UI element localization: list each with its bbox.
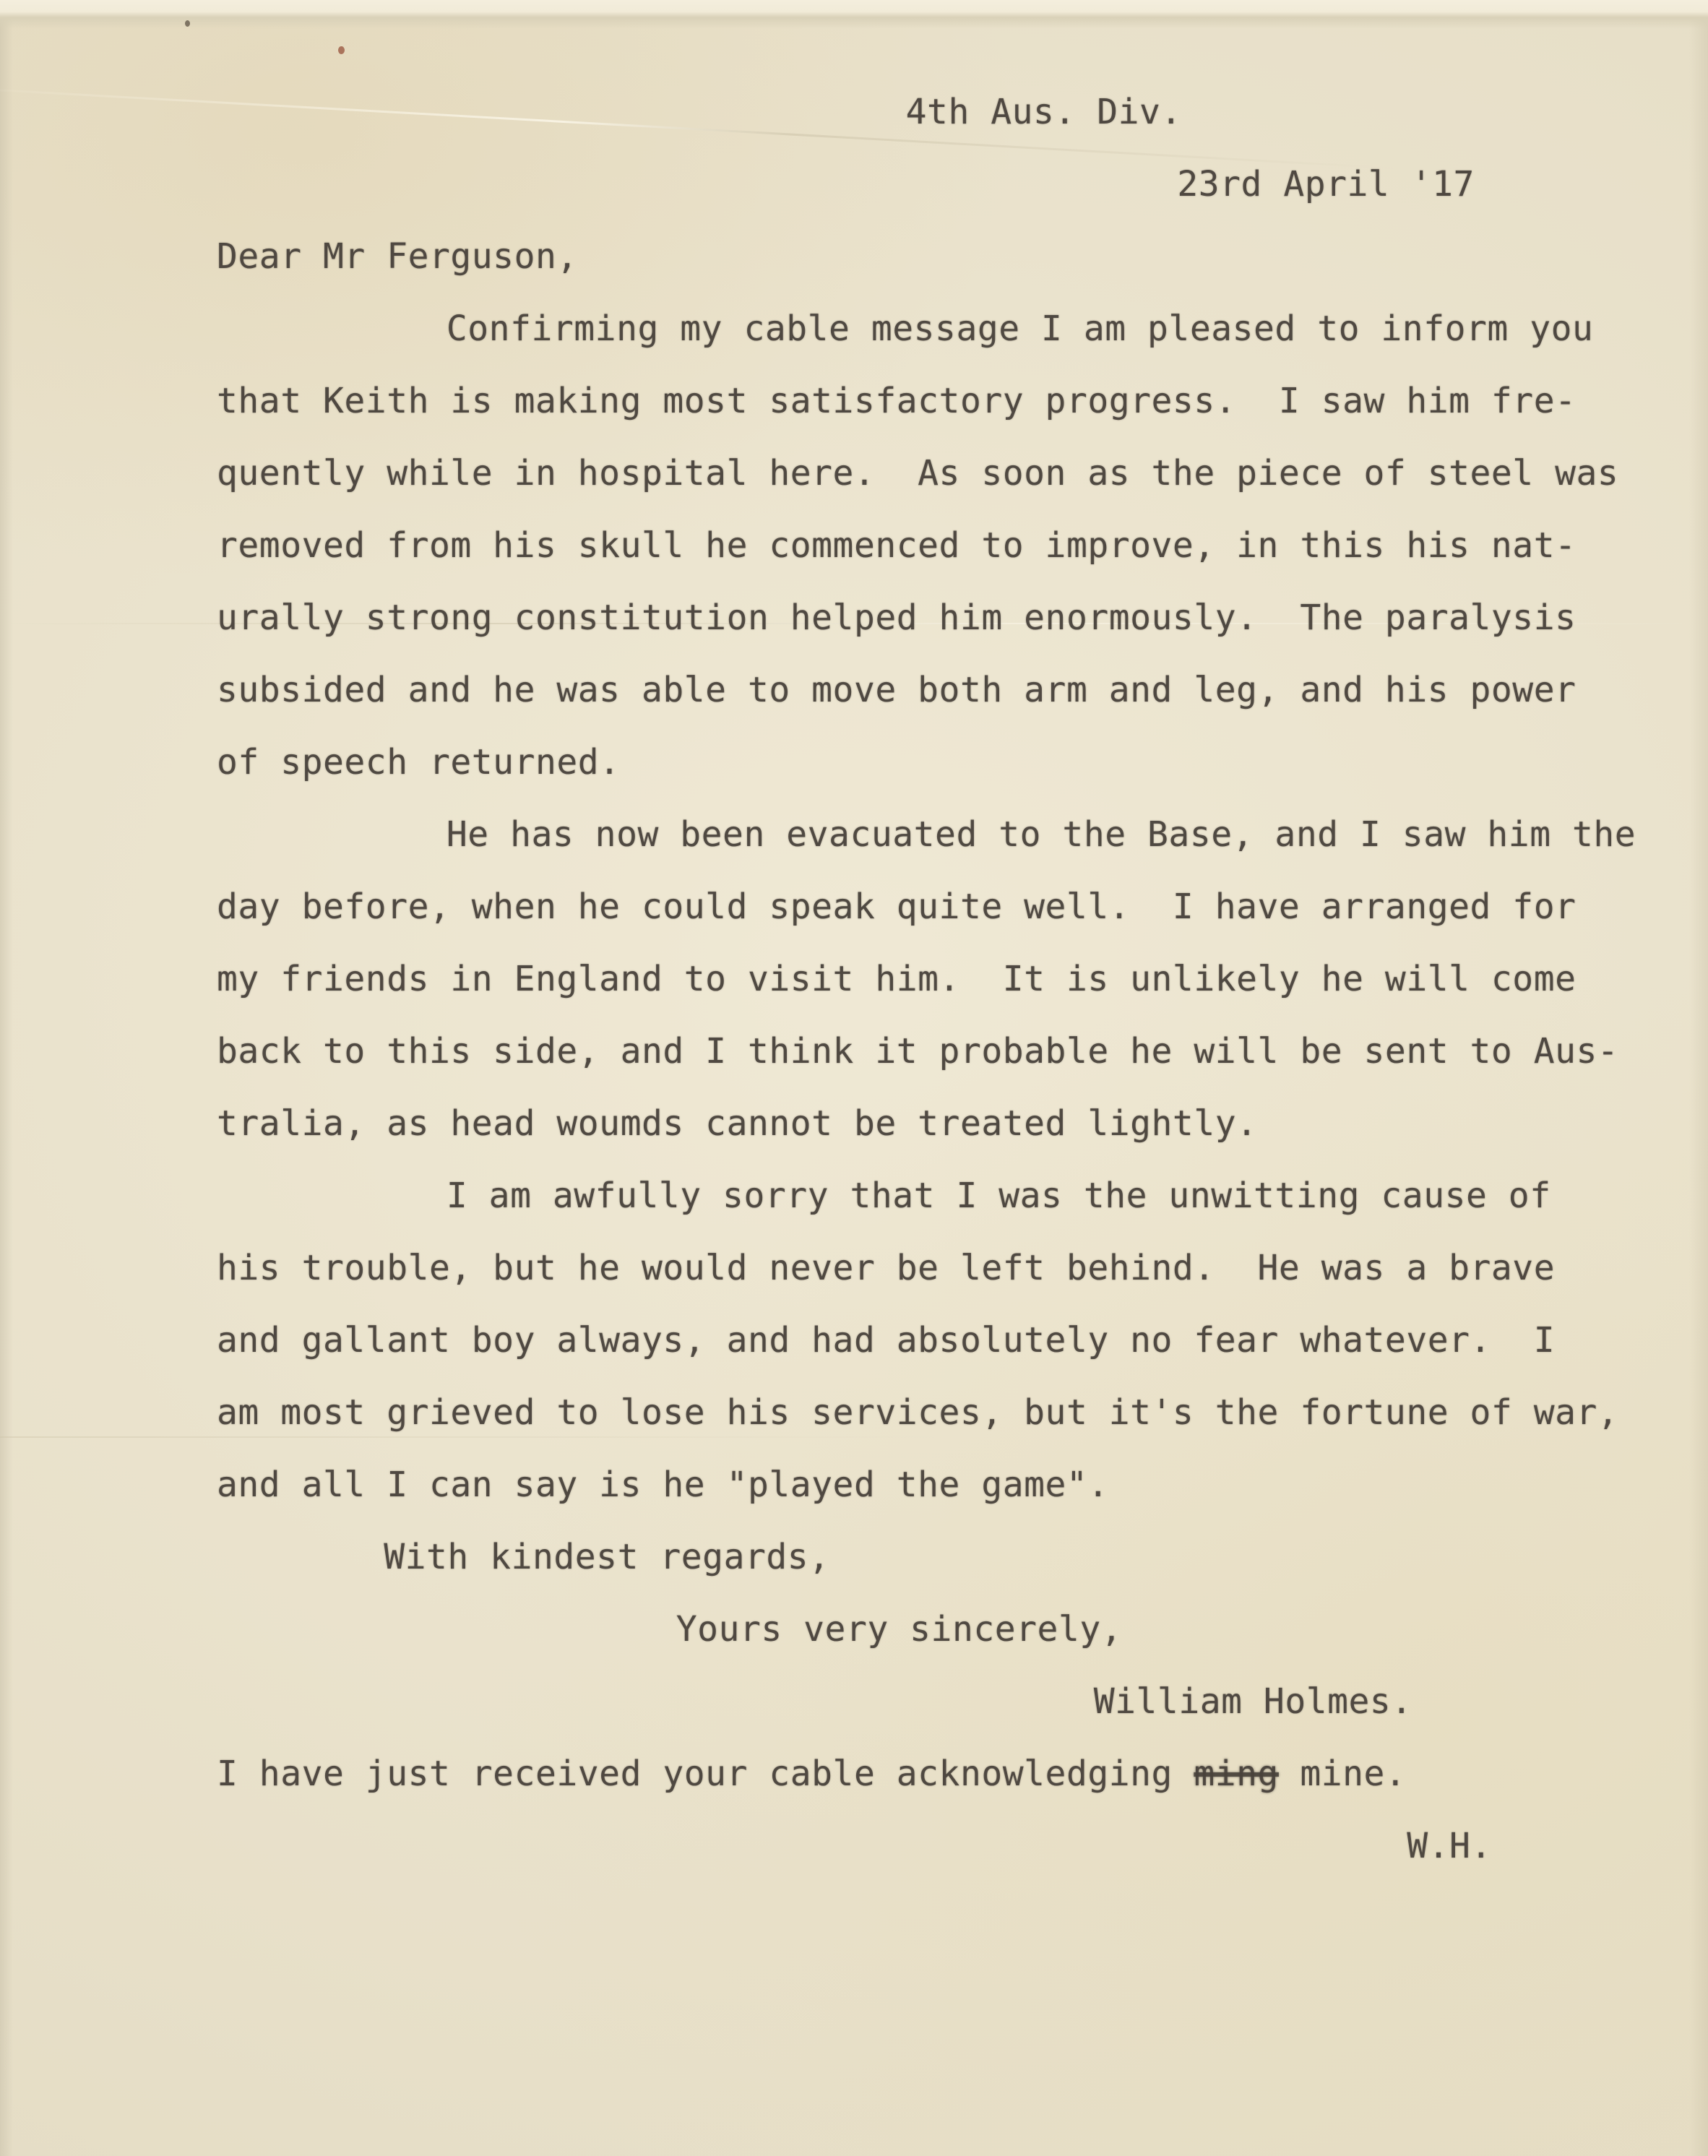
- paragraph-2-line-3: my friends in England to visit him. It i…: [217, 943, 1633, 1015]
- paragraph-2-line-5: tralia, as head woumds cannot be treated…: [217, 1087, 1633, 1160]
- paragraph-2-line-2: day before, when he could speak quite we…: [217, 871, 1633, 943]
- paragraph-3-line-5: and all I can say is he "played the game…: [217, 1449, 1633, 1521]
- paragraph-1-line-1: Confirming my cable message I am pleased…: [217, 293, 1633, 365]
- initials: W.H.: [217, 1810, 1633, 1882]
- paragraph-3-line-2: his trouble, but he would never be left …: [217, 1232, 1633, 1304]
- postscript-before: I have just received your cable acknowle…: [217, 1754, 1194, 1794]
- paper-speck-dark: [185, 20, 190, 27]
- paragraph-1-line-5: urally strong constitution helped him en…: [217, 582, 1633, 654]
- paragraph-1-line-7: of speech returned.: [217, 726, 1633, 798]
- closing-regards: With kindest regards,: [217, 1521, 1633, 1593]
- unit-heading: 4th Aus. Div.: [217, 76, 1633, 148]
- paragraph-1-line-3: quently while in hospital here. As soon …: [217, 437, 1633, 509]
- paragraph-1-line-6: subsided and he was able to move both ar…: [217, 654, 1633, 726]
- paper-speck-red: [338, 46, 345, 54]
- letter-body: 4th Aus. Div. 23rd April '17 Dear Mr Fer…: [217, 76, 1633, 1882]
- paragraph-3-line-4: am most grieved to lose his services, bu…: [217, 1376, 1633, 1449]
- paragraph-1-line-4: removed from his skull he commenced to i…: [217, 509, 1633, 582]
- postscript-struck-word: ming: [1194, 1754, 1279, 1794]
- closing-sincerely: Yours very sincerely,: [217, 1593, 1633, 1665]
- salutation: Dear Mr Ferguson,: [217, 220, 1633, 293]
- paragraph-3-line-3: and gallant boy always, and had absolute…: [217, 1304, 1633, 1376]
- letter-paper: 4th Aus. Div. 23rd April '17 Dear Mr Fer…: [0, 0, 1708, 2156]
- paragraph-2-line-1: He has now been evacuated to the Base, a…: [217, 798, 1633, 871]
- paragraph-2-line-4: back to this side, and I think it probab…: [217, 1015, 1633, 1087]
- postscript: I have just received your cable acknowle…: [217, 1738, 1633, 1810]
- paragraph-3-line-1: I am awfully sorry that I was the unwitt…: [217, 1160, 1633, 1232]
- paragraph-1-line-2: that Keith is making most satisfactory p…: [217, 365, 1633, 437]
- date-line: 23rd April '17: [217, 148, 1633, 220]
- postscript-after: mine.: [1279, 1754, 1406, 1794]
- signature: William Holmes.: [217, 1665, 1633, 1738]
